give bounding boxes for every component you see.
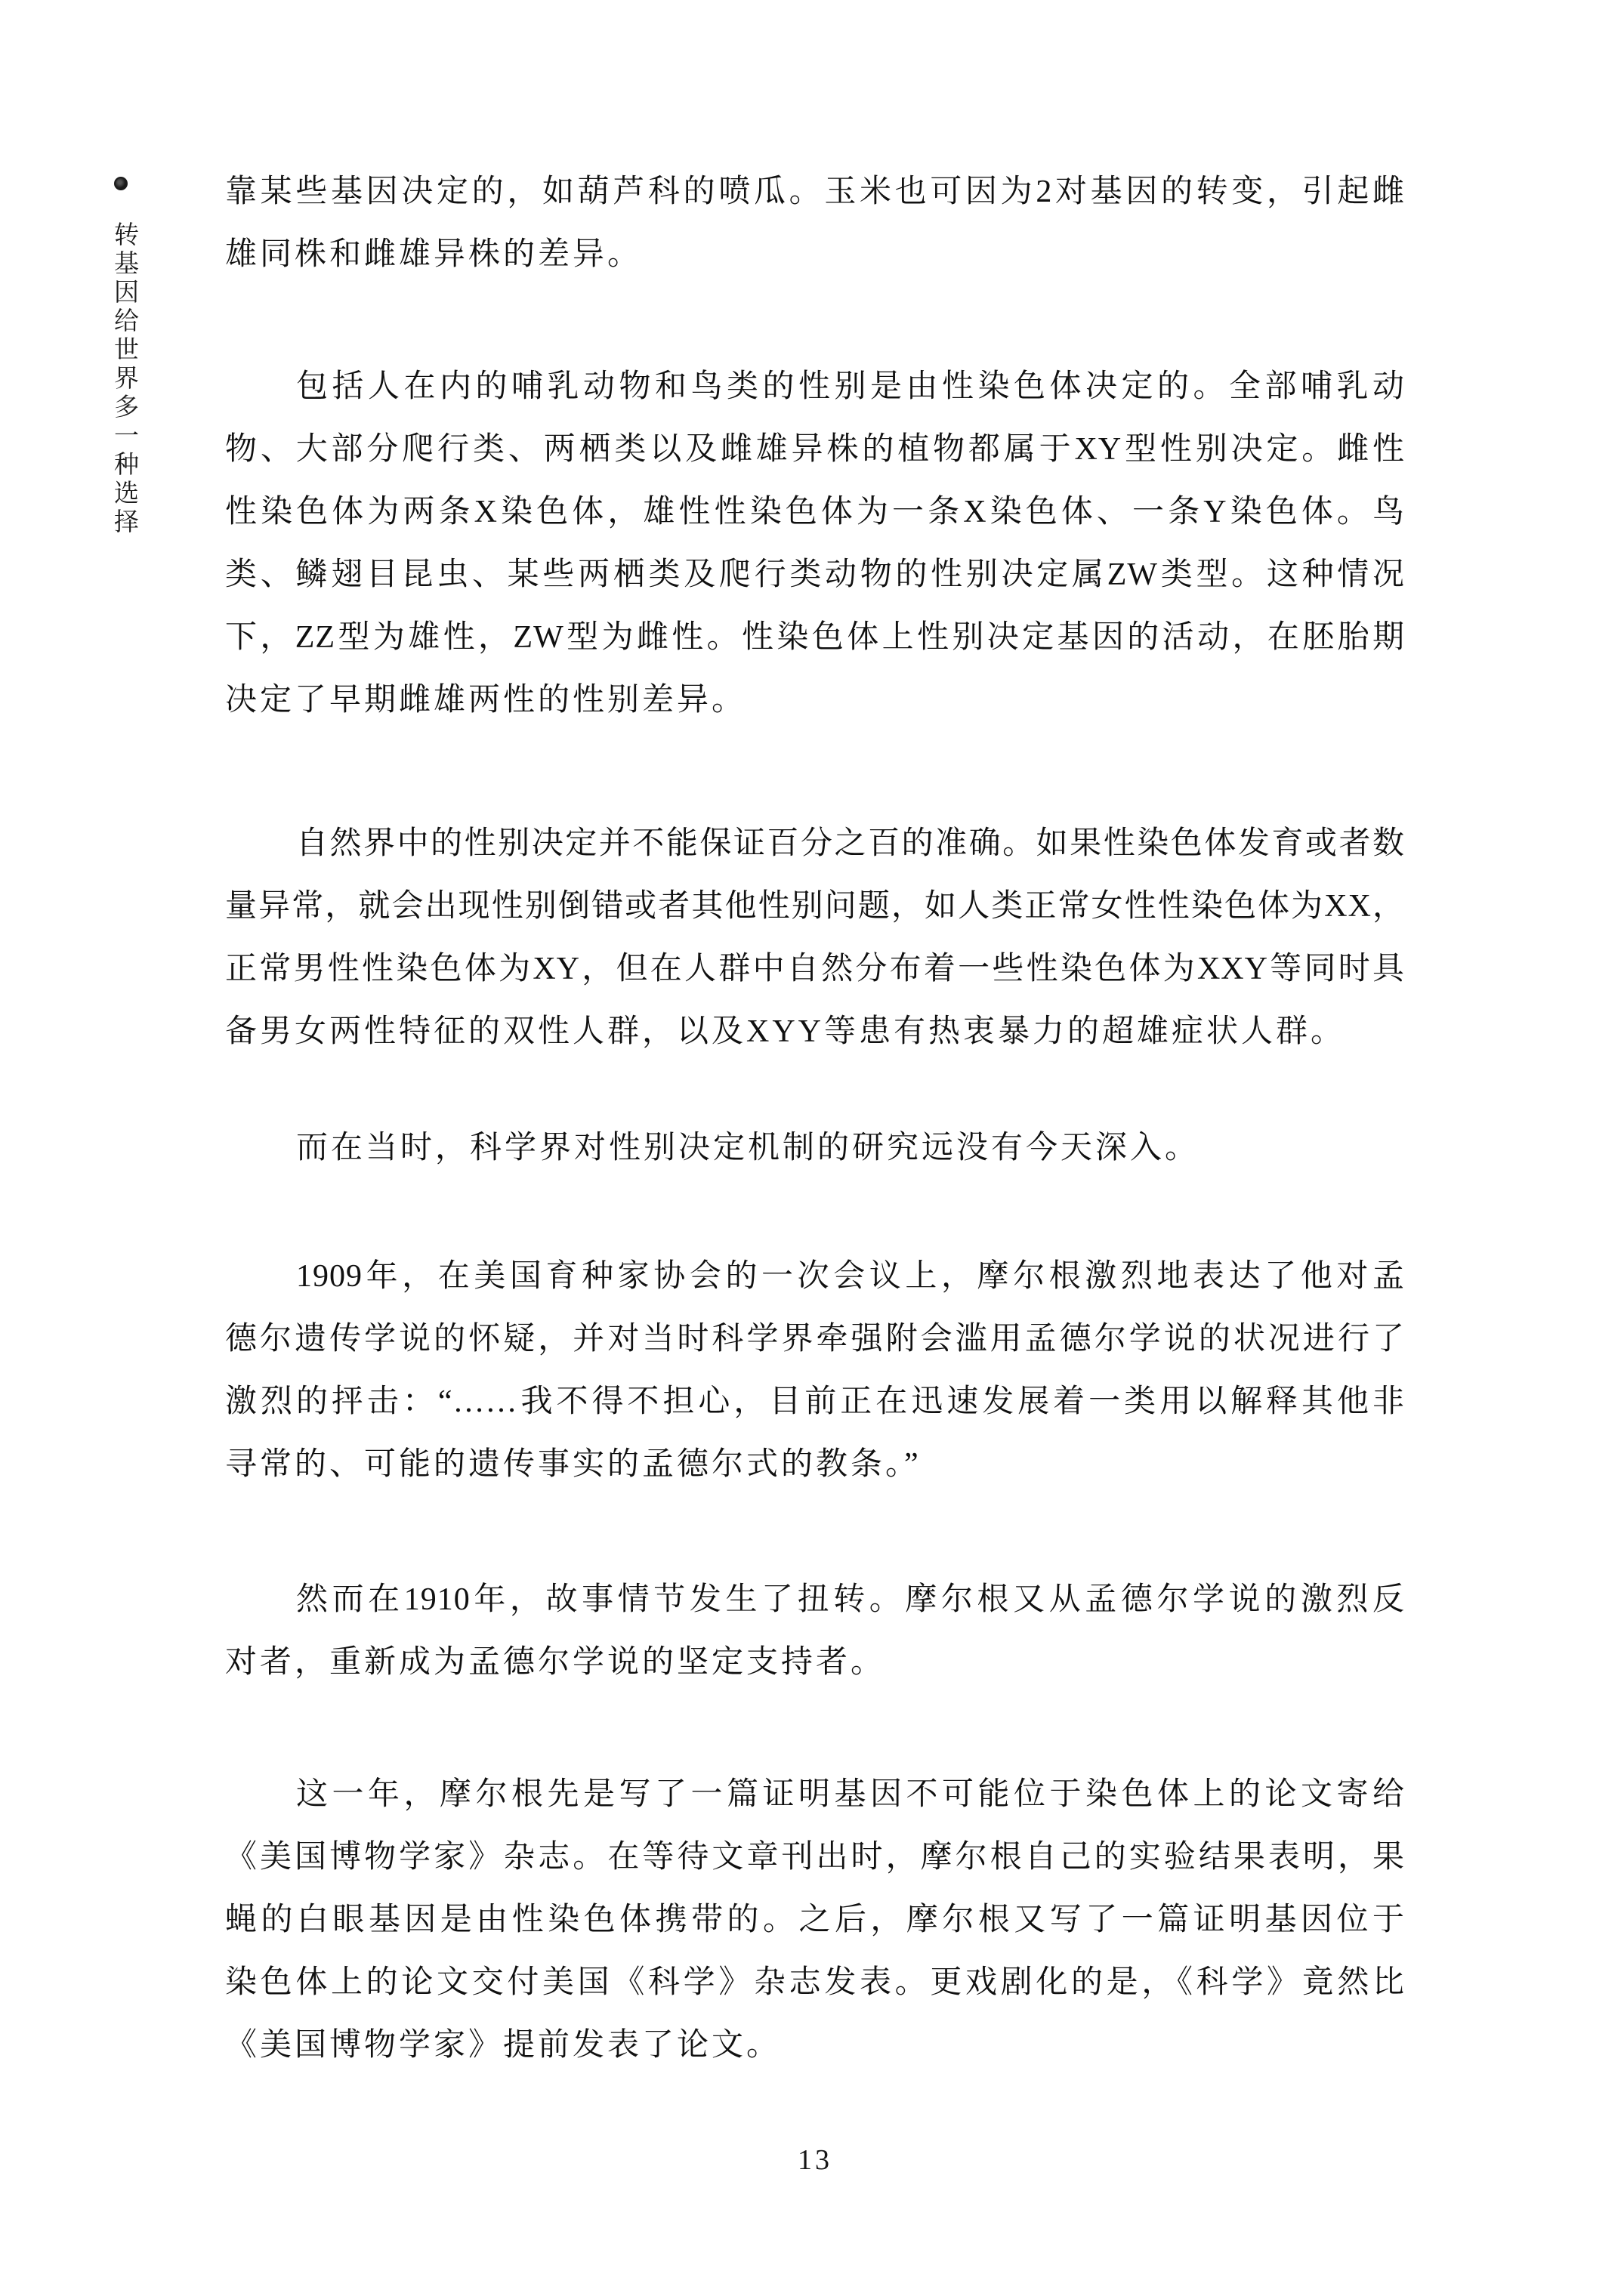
text-line: 备男女两性特征的双性人群，以及XYY等患有热衷暴力的超雄症状人群。 <box>225 1001 1405 1063</box>
text-line: 量异常，就会出现性别倒错或者其他性别问题，如人类正常女性性染色体为XX， <box>225 875 1405 938</box>
text-line: 性染色体为两条X染色体，雄性性染色体为一条X染色体、一条Y染色体。鸟 <box>225 481 1405 544</box>
text-line: 雄同株和雌雄异株的差异。 <box>225 224 1405 286</box>
margin-running-title: 转基因给世界多一种选择 <box>107 221 142 537</box>
text-line: 包括人在内的哺乳动物和鸟类的性别是由性染色体决定的。全部哺乳动 <box>225 356 1405 418</box>
body-text: 靠某些基因决定的，如葫芦科的喷瓜。玉米也可因为2对基因的转变，引起雌雄同株和雌雄… <box>225 0 1405 2296</box>
text-line: 这一年，摩尔根先是写了一篇证明基因不可能位于染色体上的论文寄给 <box>225 1764 1405 1826</box>
section-bullet-icon <box>114 177 128 190</box>
text-line: 决定了早期雌雄两性的性别差异。 <box>225 669 1405 732</box>
paragraph: 这一年，摩尔根先是写了一篇证明基因不可能位于染色体上的论文寄给《美国博物学家》杂… <box>225 1764 1405 2077</box>
paragraph: 1909年，在美国育种家协会的一次会议上，摩尔根激烈地表达了他对孟德尔遗传学说的… <box>225 1245 1405 1496</box>
text-line: 下，ZZ型为雄性，ZW型为雌性。性染色体上性别决定基因的活动，在胚胎期 <box>225 606 1405 669</box>
paragraph: 自然界中的性别决定并不能保证百分之百的准确。如果性染色体发育或者数量异常，就会出… <box>225 813 1405 1063</box>
paragraph: 包括人在内的哺乳动物和鸟类的性别是由性染色体决定的。全部哺乳动物、大部分爬行类、… <box>225 356 1405 732</box>
page-number: 13 <box>225 2143 1405 2177</box>
text-line: 对者，重新成为孟德尔学说的坚定支持者。 <box>225 1631 1405 1694</box>
text-line: 德尔遗传学说的怀疑，并对当时科学界牵强附会滥用孟德尔学说的状况进行了 <box>225 1308 1405 1371</box>
text-line: 而在当时，科学界对性别决定机制的研究远没有今天深入。 <box>225 1117 1405 1180</box>
text-line: 靠某些基因决定的，如葫芦科的喷瓜。玉米也可因为2对基因的转变，引起雌 <box>225 161 1405 224</box>
paragraph: 靠某些基因决定的，如葫芦科的喷瓜。玉米也可因为2对基因的转变，引起雌雄同株和雌雄… <box>225 161 1405 286</box>
text-line: 寻常的、可能的遗传事实的孟德尔式的教条。” <box>225 1433 1405 1496</box>
text-line: 《美国博物学家》提前发表了论文。 <box>225 2014 1405 2077</box>
text-line: 《美国博物学家》杂志。在等待文章刊出时，摩尔根自己的实验结果表明，果 <box>225 1826 1405 1889</box>
text-line: 自然界中的性别决定并不能保证百分之百的准确。如果性染色体发育或者数 <box>225 813 1405 875</box>
text-line: 然而在1910年，故事情节发生了扭转。摩尔根又从孟德尔学说的激烈反 <box>225 1569 1405 1631</box>
text-line: 正常男性性染色体为XY，但在人群中自然分布着一些性染色体为XXY等同时具 <box>225 938 1405 1001</box>
text-line: 激烈的抨击：“……我不得不担心，目前正在迅速发展着一类用以解释其他非 <box>225 1371 1405 1433</box>
paragraph: 而在当时，科学界对性别决定机制的研究远没有今天深入。 <box>225 1117 1405 1180</box>
book-page: 转基因给世界多一种选择 靠某些基因决定的，如葫芦科的喷瓜。玉米也可因为2对基因的… <box>0 0 1624 2296</box>
text-line: 蝇的白眼基因是由性染色体携带的。之后，摩尔根又写了一篇证明基因位于 <box>225 1889 1405 1952</box>
text-line: 物、大部分爬行类、两栖类以及雌雄异株的植物都属于XY型性别决定。雌性 <box>225 418 1405 481</box>
paragraph: 然而在1910年，故事情节发生了扭转。摩尔根又从孟德尔学说的激烈反对者，重新成为… <box>225 1569 1405 1694</box>
text-line: 1909年，在美国育种家协会的一次会议上，摩尔根激烈地表达了他对孟 <box>225 1245 1405 1308</box>
text-line: 类、鳞翅目昆虫、某些两栖类及爬行类动物的性别决定属ZW类型。这种情况 <box>225 544 1405 606</box>
text-line: 染色体上的论文交付美国《科学》杂志发表。更戏剧化的是，《科学》竟然比 <box>225 1952 1405 2014</box>
